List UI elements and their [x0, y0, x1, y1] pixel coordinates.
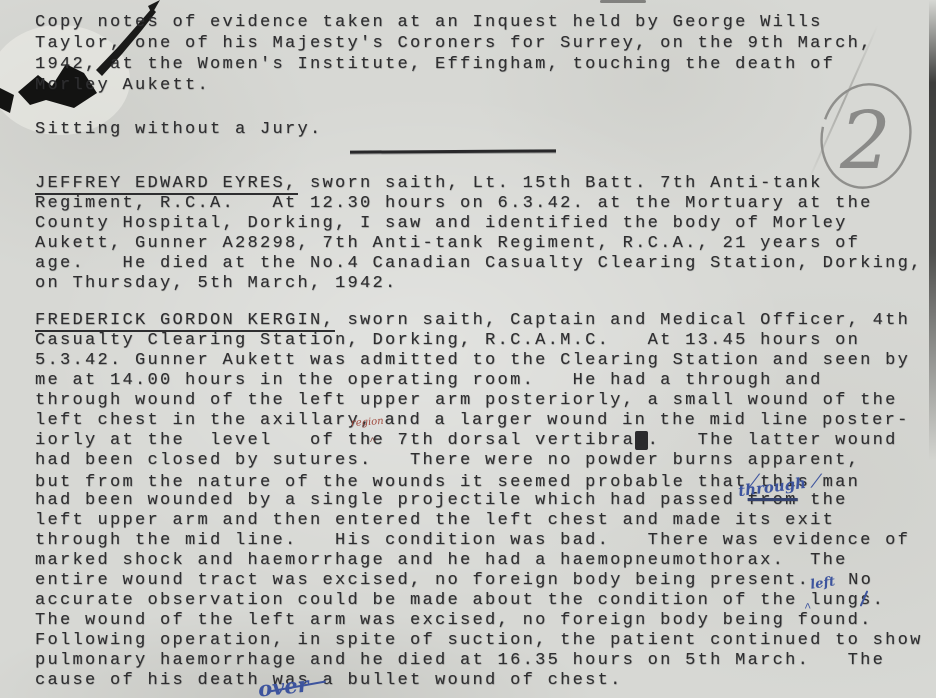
typed-text: and a larger wound in the mid line poste… [385, 411, 910, 430]
typed-text: . [873, 591, 886, 610]
typed-line: Morley Aukett. [35, 75, 934, 96]
typed-line: Sitting without a Jury. [35, 119, 934, 140]
typed-line: 1942, at the Women's Institute, Effingha… [35, 54, 934, 75]
typed-line: pulmonary haemorrhage and he died at 16.… [35, 651, 934, 671]
overstruck-character: e [635, 431, 648, 450]
typed-line: 5.3.42. Gunner Aukett was admitted to th… [35, 351, 934, 371]
typed-line: Copy notes of evidence taken at an Inque… [35, 12, 934, 33]
typed-line: Casualty Clearing Station, Dorking, R.C.… [35, 331, 934, 351]
typed-line: Following operation, in spite of suction… [35, 631, 934, 651]
kergin-testimony-paragraph: FREDERICK GORDON KERGIN, sworn saith, Ca… [35, 311, 934, 691]
typed-text: sworn saith, Captain and Medical Officer… [335, 311, 910, 330]
typed-line: marked shock and haemorrhage and he had … [35, 551, 934, 571]
sitting-statement: Sitting without a Jury. [35, 119, 934, 140]
caret-mark: ^ [370, 433, 376, 453]
typed-text: but from the nature of the wounds it see… [35, 473, 748, 492]
typed-text: . The latter wound [648, 431, 898, 450]
typed-line: on Thursday, 5th March, 1942. [35, 274, 934, 294]
correction-group: fromthrough [748, 491, 798, 511]
document-page: 2 Copy notes of evidence taken at an Inq… [0, 0, 936, 698]
witness-name-eyres: JEFFREY EDWARD EYRES, [35, 174, 298, 195]
typed-text: entire wound tract was excised, no forei… [35, 571, 810, 590]
separator-rule [350, 149, 556, 153]
typed-line: Regiment, R.C.A. At 12.30 hours on 6.3.4… [35, 194, 934, 214]
eyres-testimony-paragraph: JEFFREY EDWARD EYRES, sworn saith, Lt. 1… [35, 174, 934, 294]
typed-line: Aukett, Gunner A28298, 7th Anti-tank Reg… [35, 234, 934, 254]
typed-line: had been closed by sutures. There were n… [35, 451, 934, 471]
pen-slashed-letter: s [860, 591, 873, 610]
typed-line: cause of his death was a bullet wound of… [35, 671, 934, 691]
typed-line-passed: had been wounded by a single projectile … [35, 491, 934, 511]
typed-text: the [798, 491, 848, 510]
typed-line: The wound of the left arm was excised, n… [35, 611, 934, 631]
typed-line: through the mid line. His condition was … [35, 531, 934, 551]
typed-text: had been wounded by a single projectile … [35, 491, 748, 510]
typed-line: FREDERICK GORDON KERGIN, sworn saith, Ca… [35, 311, 934, 331]
typed-line: left upper arm and then entered the left… [35, 511, 934, 531]
typed-line-axillary: left chest in the axillary,region^and a … [35, 411, 934, 431]
typed-line: Taylor, one of his Majesty's Coroners fo… [35, 33, 934, 54]
typed-line: JEFFREY EDWARD EYRES, sworn saith, Lt. 1… [35, 174, 934, 194]
typed-line-lungs: accurate observation could be made about… [35, 591, 934, 611]
typed-text: accurate observation could be made about… [35, 591, 810, 610]
typed-document: Copy notes of evidence taken at an Inque… [0, 0, 936, 698]
typed-text: sworn saith, Lt. 15th Batt. 7th Anti-tan… [298, 174, 823, 193]
typed-text: No [848, 571, 873, 590]
typed-line: age. He died at the No.4 Canadian Casual… [35, 254, 934, 274]
typed-line-vertibrae: iorly at the level of the 7th dorsal ver… [35, 431, 934, 451]
typed-text: man [823, 473, 861, 492]
typed-line: through wound of the left upper arm post… [35, 391, 934, 411]
intro-paragraph: Copy notes of evidence taken at an Inque… [35, 12, 934, 96]
typed-line: me at 14.00 hours in the operating room.… [35, 371, 934, 391]
typed-text: left chest in the axillary, [35, 411, 373, 430]
witness-name-kergin: FREDERICK GORDON KERGIN, [35, 311, 335, 332]
typed-line: County Hospital, Dorking, I saw and iden… [35, 214, 934, 234]
typed-line-present: entire wound tract was excised, no forei… [35, 571, 934, 591]
typed-text: iorly at the level of the 7th dorsal ver… [35, 431, 635, 450]
handwritten-over-note: over [257, 671, 310, 698]
